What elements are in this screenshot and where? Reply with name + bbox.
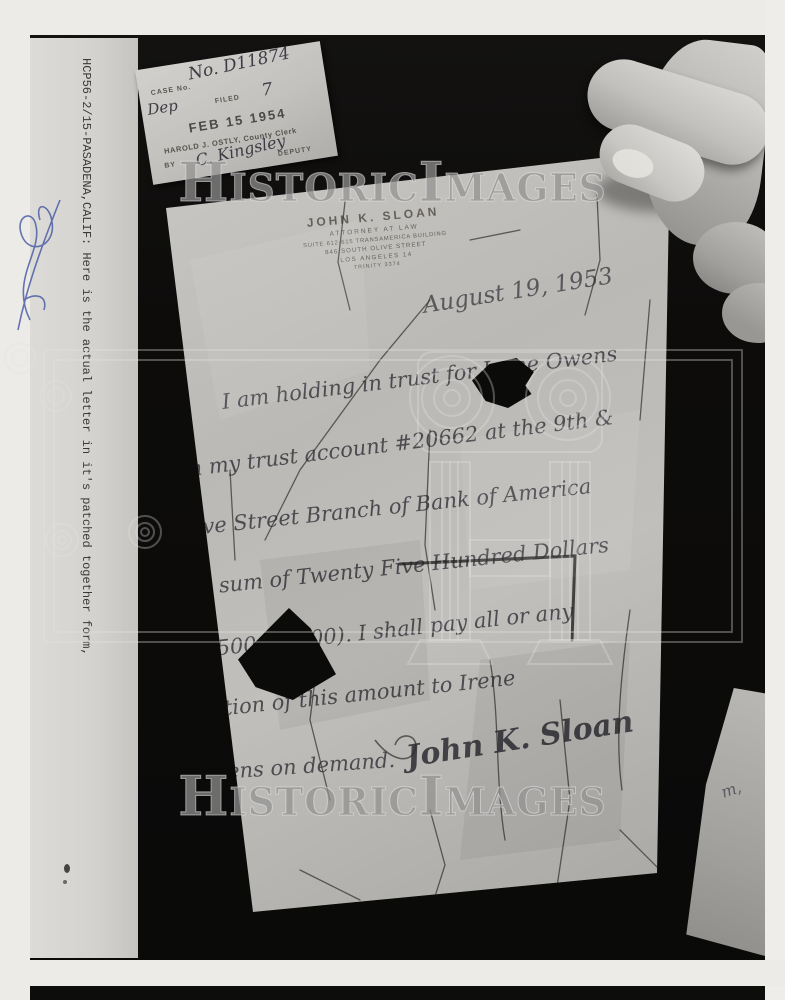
photo-caption: HCP56-2/15-PASADENA,CALIF: Here is the a…	[30, 38, 138, 958]
press-photo-scan: HCP56-2/15-PASADENA,CALIF: Here is the a…	[0, 0, 785, 1000]
scan-margin-top	[0, 0, 785, 35]
dept-number-handwritten: 7	[260, 79, 274, 100]
wedge-handwriting: m,	[719, 777, 744, 801]
ink-mark	[64, 864, 70, 873]
pen-flourish	[375, 736, 416, 759]
scan-margin-bottom	[0, 960, 785, 986]
paper-patches	[190, 220, 640, 590]
dept-note-handwritten: Dep	[146, 96, 179, 119]
scan-margin-right	[765, 0, 785, 1000]
case-number-label: CASE No.	[150, 84, 191, 97]
blue-ink-scribble	[0, 180, 100, 350]
scan-edge-band	[0, 986, 785, 1000]
by-label: BY	[164, 161, 177, 170]
scan-margin-left	[0, 0, 30, 1000]
ink-mark-2	[63, 880, 67, 884]
filed-stamp-text: FILED	[214, 94, 240, 105]
